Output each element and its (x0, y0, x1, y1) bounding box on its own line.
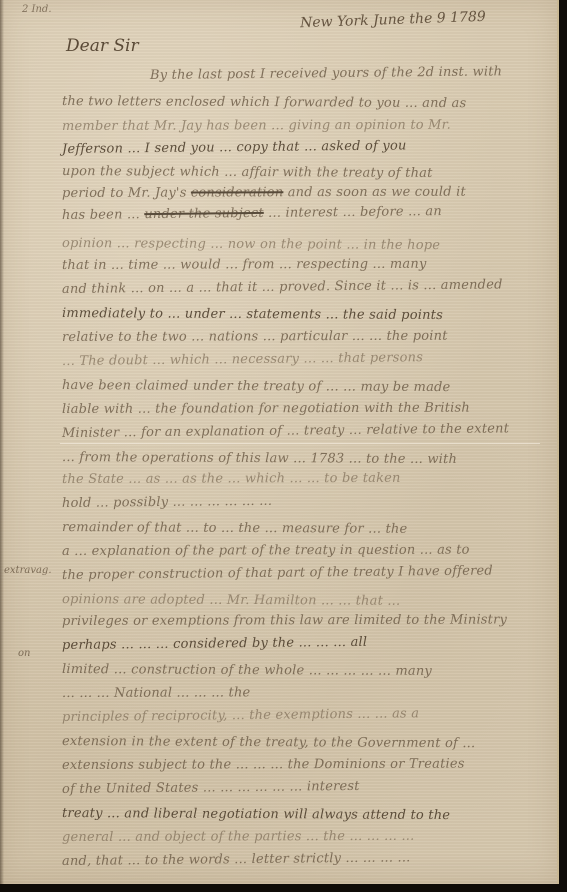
letter-line: extension in the extent of the treaty, t… (62, 734, 540, 752)
letter-line: of the United States ... ... ... ... ...… (62, 777, 540, 797)
letter-line: By the last post I received yours of the… (150, 64, 540, 83)
letter-line: that in ... time ... would ... from ... … (62, 256, 540, 273)
letter-line: privileges or exemptions from this law a… (62, 612, 540, 629)
page-left-edge (0, 0, 4, 884)
letter-line: remainder of that ... to ... the ... mea… (62, 520, 540, 538)
letter-line: relative to the two ... nations ... part… (62, 328, 540, 345)
letter-line: the proper construction of that part of … (62, 563, 540, 583)
letter-line: limited ... construction of the whole ..… (62, 662, 540, 680)
letter-line: extensions subject to the ... ... ... th… (62, 756, 540, 773)
salutation: Dear Sir (66, 36, 139, 56)
letter-line: Minister ... for an explanation of ... t… (62, 421, 540, 441)
struck-text: consideration (191, 185, 284, 200)
letter-line: and think ... on ... a ... that it ... p… (62, 277, 540, 297)
letter-line: the State ... as ... as the ... which ..… (62, 470, 540, 487)
struck-text: under the subject (144, 206, 264, 222)
letter-line: general ... and object of the parties ..… (62, 828, 540, 845)
letter-line: principles of reciprocity, ... the exemp… (62, 705, 540, 725)
letter-line: a ... explanation of the part of the tre… (62, 542, 540, 559)
letter-line: member that Mr. Jay has been ... giving … (62, 117, 540, 134)
letter-line: Jefferson ... I send you ... copy that .… (62, 137, 540, 157)
letter-line: hold ... possibly ... ... ... ... ... ..… (62, 491, 540, 511)
letter-line: immediately to ... under ... statements … (62, 306, 540, 324)
letter-line: opinions are adopted ... Mr. Hamilton ..… (62, 592, 540, 610)
letter-line: liable with ... the foundation for negot… (62, 400, 540, 417)
margin-note-2: on (18, 648, 30, 659)
letter-line: the two letters enclosed which I forward… (62, 94, 540, 112)
dateline: New York June the 9 1789 (300, 9, 486, 31)
corner-note: 2 Ind. (22, 4, 52, 15)
letter-line: upon the subject which ... affair with t… (62, 164, 540, 182)
paper-fold-line (60, 443, 540, 444)
letter-line: and, that ... to the words ... letter st… (62, 849, 540, 869)
manuscript-page: 2 Ind. New York June the 9 1789 Dear Sir… (0, 0, 559, 884)
letter-line: treaty ... and liberal negotiation will … (62, 806, 540, 824)
letter-line: have been claimed under the treaty of ..… (62, 378, 540, 396)
letter-line: ... ... ... National ... ... ... the (62, 684, 540, 701)
letter-line: period to Mr. Jay's consideration and as… (62, 184, 540, 201)
letter-line: has been ... under the subject ... inter… (62, 203, 540, 223)
letter-line: ... The doubt ... which ... necessary ..… (62, 349, 540, 369)
letter-line: perhaps ... ... ... considered by the ..… (62, 633, 540, 653)
letter-line: opinion ... respecting ... now on the po… (62, 236, 540, 254)
letter-line: ... from the operations of this law ... … (62, 450, 540, 468)
margin-note-1: extravag. (4, 565, 52, 576)
